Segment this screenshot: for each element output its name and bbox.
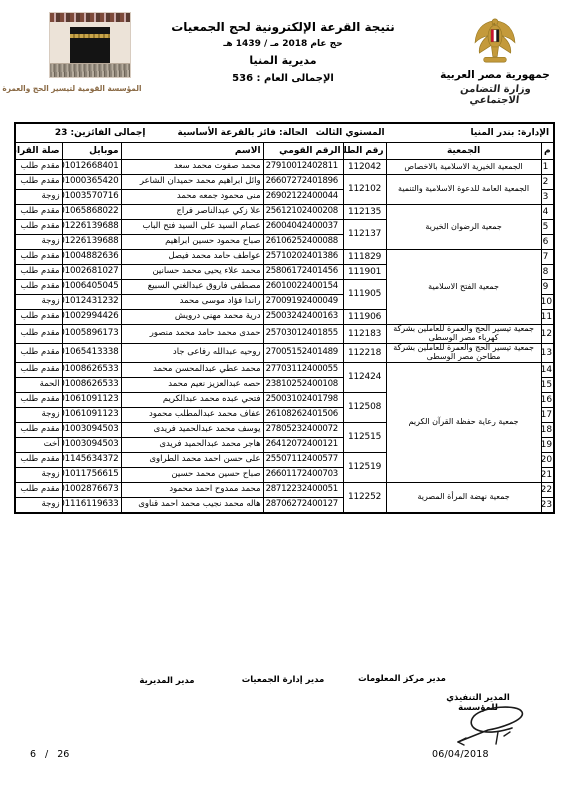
name-cell: درية محمد مهنى درويش [121,310,263,325]
relationship-cell: زوجة [15,235,62,250]
request-number-cell: 111901 [343,265,386,280]
row-number-cell: 14 [541,362,554,377]
relationship-cell: الحمة [15,377,62,392]
row-number-cell: 17 [541,407,554,422]
request-number-cell: 112137 [343,220,386,250]
table-header-row: م الجمعية رقم الطلب الرقم القومي الاسم م… [15,143,554,160]
table-row: 4جمعية الرضوان الخيرية112135256121024002… [15,205,554,220]
request-number-cell: 112135 [343,205,386,220]
column-header-national-id: الرقم القومي [263,143,343,160]
association-cell: جمعية رعاية حفظة القرآن الكريم [386,362,541,482]
ministry-name: وزارة التضامن الاجتماعي [439,84,551,106]
national-id-cell: 27805232400072 [263,422,343,437]
row-number-cell: 18 [541,422,554,437]
relationship-cell: زوجة [15,190,62,205]
name-cell: راندا فؤاد موسى محمد [121,295,263,310]
name-cell: هاجر محمد عبدالحميد فريدى [121,437,263,452]
national-id-cell: 25806172401456 [263,265,343,280]
directorate-title: مديرية المنيا [150,54,416,67]
mobile-cell: 01002681027 [62,265,121,280]
column-header-mobile: موبايل [62,143,121,160]
request-number-cell: 112519 [343,452,386,482]
national-id-cell: 27009192400049 [263,295,343,310]
column-header-request: رقم الطلب [343,143,386,160]
administration-label: الإدارة: بندر المنيا [471,128,550,138]
status-label: الحالة: فائز بالقرعة الأساسية [178,128,308,138]
mobile-cell: 01008626533 [62,362,121,377]
column-header-number: م [541,143,554,160]
association-cell: الجمعية الخيرية الاسلامية بالاخصاص [386,160,541,175]
name-cell: يوسف محمد عبدالحميد فريدى [121,422,263,437]
relationship-cell: زوجة [15,497,62,513]
pilgrims-crowd [50,64,130,77]
kaaba-cube [70,27,110,63]
name-cell: على حسن احمد محمد الطراوى [121,452,263,467]
mobile-cell: 01012431232 [62,295,121,310]
mobile-cell: 01061091123 [62,407,121,422]
row-number-cell: 20 [541,452,554,467]
report-date: 06/04/2018 [432,749,489,760]
national-id-cell: 23810252400108 [263,377,343,392]
relationship-cell: مقدم طلب [15,205,62,220]
mobile-cell: 01065868022 [62,205,121,220]
page-title: نتيجة القرعة الإلكترونية لحج الجمعيات [150,20,416,34]
relationship-cell: مقدم طلب [15,422,62,437]
row-number-cell: 8 [541,265,554,280]
mobile-cell: 01006405045 [62,280,121,295]
row-number-cell: 2 [541,175,554,190]
relationship-cell: مقدم طلب [15,220,62,235]
relationship-cell: مقدم طلب [15,250,62,265]
table-row: 7جمعية الفتح الاسلامية111829257102024013… [15,250,554,265]
relationship-cell: مقدم طلب [15,343,62,362]
table-row: 14جمعية رعاية حفظة القرآن الكريم11242427… [15,362,554,377]
national-id-cell: 27703112400055 [263,362,343,377]
page-separator: / [45,749,48,760]
row-number-cell: 1 [541,160,554,175]
column-header-association: الجمعية [386,143,541,160]
relationship-cell: مقدم طلب [15,392,62,407]
national-id-cell: 27910012402811 [263,160,343,175]
row-number-cell: 23 [541,497,554,513]
mobile-cell: 01011756615 [62,467,121,482]
mosque-wall-strip [50,13,130,22]
relationship-cell: مقدم طلب [15,160,62,175]
relationship-cell: زوجة [15,407,62,422]
table-row: 2الجمعية العامة للدعوة الاسلامية والتنمي… [15,175,554,190]
relationship-cell: مقدم طلب [15,452,62,467]
request-number-cell: 112183 [343,325,386,344]
association-cell: جمعية الرضوان الخيرية [386,205,541,250]
request-number-cell: 112042 [343,160,386,175]
page-total: 26 [57,749,69,760]
row-number-cell: 4 [541,205,554,220]
relationship-cell: أخت [15,437,62,452]
name-cell: صباح حسين محمد حسين [121,467,263,482]
national-id-cell: 26412072400121 [263,437,343,452]
row-number-cell: 5 [541,220,554,235]
name-cell: مصطفى فاروق عبدالغني السبيع [121,280,263,295]
relationship-cell: مقدم طلب [15,265,62,280]
row-number-cell: 9 [541,280,554,295]
name-cell: محمد عطي عبدالمحسن محمد [121,362,263,377]
signature-label-directorate-manager: مدير المديرية [128,676,206,686]
column-header-relationship: صلة القرابه [15,143,62,160]
page-current: 6 [30,749,36,760]
grand-total: الإجمالى العام : 536 [150,73,416,84]
request-number-cell: 112508 [343,392,386,422]
request-number-cell: 112218 [343,343,386,362]
row-number-cell: 11 [541,310,554,325]
signature-label-information-center-manager: مدير مركز المعلومات [352,674,452,684]
level-label: المستوي الثالث [316,128,385,138]
country-name: جمهورية مصر العربية [440,69,550,81]
relationship-cell: مقدم طلب [15,310,62,325]
relationship-cell: زوجة [15,295,62,310]
relationship-cell: مقدم طلب [15,175,62,190]
request-number-cell: 111829 [343,250,386,265]
mobile-cell: 01145634372 [62,452,121,467]
relationship-cell: زوجة [15,467,62,482]
association-cell: جمعية تيسير الحج والعمرة للعاملين بشركة … [386,343,541,362]
national-id-cell: 26601172400703 [263,467,343,482]
association-cell: جمعية نهضة المرأة المصرية [386,482,541,513]
national-id-cell: 25612102400208 [263,205,343,220]
national-id-cell: 25507112400577 [263,452,343,467]
signature-label-associations-manager: مدير إدارة الجمعيات [235,675,331,685]
row-number-cell: 21 [541,467,554,482]
name-cell: علا زكي عبدالناصر فراج [121,205,263,220]
name-cell: فتحي عبده محمد عبدالكريم [121,392,263,407]
results-table-body: 1الجمعية الخيرية الاسلامية بالاخصاص11204… [15,160,554,513]
document-page: { "header": { "title": "نتيجة القرعة الإ… [0,0,566,800]
mobile-cell: 01226139688 [62,235,121,250]
name-cell: محمد صفوت محمد سعد [121,160,263,175]
kaaba-gold-band [70,34,110,38]
handwritten-signature [452,702,532,752]
request-number-cell: 111906 [343,310,386,325]
lottery-results-table: الإدارة: بندر المنيا المستوي الثالث الحا… [14,122,555,514]
request-number-cell: 112515 [343,422,386,452]
table-info-row: الإدارة: بندر المنيا المستوي الثالث الحا… [15,123,554,143]
name-cell: هاله محمد نجيب محمد احمد قناوى [121,497,263,513]
request-number-cell: 111905 [343,280,386,310]
mobile-cell: 01226139688 [62,220,121,235]
mobile-cell: 01116119633 [62,497,121,513]
national-id-cell: 26108262401506 [263,407,343,422]
column-header-name: الاسم [121,143,263,160]
request-number-cell: 112102 [343,175,386,205]
relationship-cell: مقدم طلب [15,482,62,497]
national-id-cell: 25003242400163 [263,310,343,325]
national-id-cell: 26607272401896 [263,175,343,190]
mobile-cell: 01003094503 [62,437,121,452]
name-cell: حصه عبدالعزيز نعيم محمد [121,377,263,392]
association-cell: الجمعية العامة للدعوة الاسلامية والتنمية [386,175,541,205]
relationship-cell: مقدم طلب [15,325,62,344]
association-cell: جمعية الفتح الاسلامية [386,250,541,325]
mobile-cell: 01002994426 [62,310,121,325]
row-number-cell: 19 [541,437,554,452]
row-number-cell: 3 [541,190,554,205]
hajj-year-subtitle: حج عام 2018 مـ / 1439 هـ [150,39,416,49]
row-number-cell: 12 [541,325,554,344]
name-cell: صباح محمود حسين ابراهيم [121,235,263,250]
name-cell: محمد علاء يحيى محمد حسانين [121,265,263,280]
table-row: 12جمعية تيسير الحج والعمرة للعاملين بشرك… [15,325,554,344]
name-cell: وائل ابراهيم محمد حميدان الشاعر [121,175,263,190]
header-titles: نتيجة القرعة الإلكترونية لحج الجمعيات حج… [150,20,416,84]
mobile-cell: 01012668401 [62,160,121,175]
name-cell: محمد ممدوح احمد محمود [121,482,263,497]
relationship-cell: مقدم طلب [15,362,62,377]
winners-total-label: إجمالى الفائزين: 23 [55,128,146,138]
national-id-cell: 28706272400127 [263,497,343,513]
national-id-cell: 25003102401798 [263,392,343,407]
request-number-cell: 112252 [343,482,386,513]
row-number-cell: 16 [541,392,554,407]
foundation-caption: المؤسسة القومية لتيسير الحج والعمرة [38,84,141,93]
state-emblem-block: جمهورية مصر العربية وزارة التضامن الاجتم… [440,14,550,106]
national-id-cell: 27005152401489 [263,343,343,362]
name-cell: حمدى محمد حامد محمد منصور [121,325,263,344]
association-cell: جمعية تيسير الحج والعمرة للعاملين بشركة … [386,325,541,344]
mobile-cell: 01003094503 [62,422,121,437]
mobile-cell: 01005896173 [62,325,121,344]
page-indicator: 6 / 26 [30,749,69,760]
national-id-cell: 26106252400088 [263,235,343,250]
mobile-cell: 01008626533 [62,377,121,392]
national-id-cell: 26010022400154 [263,280,343,295]
name-cell: منى محمود جمعه محمد [121,190,263,205]
foundation-logo: المؤسسة القومية لتيسير الحج والعمرة [34,12,146,93]
table-row: 1الجمعية الخيرية الاسلامية بالاخصاص11204… [15,160,554,175]
request-number-cell: 112424 [343,362,386,392]
table-row: 13جمعية تيسير الحج والعمرة للعاملين بشرك… [15,343,554,362]
row-number-cell: 10 [541,295,554,310]
mobile-cell: 01061091123 [62,392,121,407]
national-id-cell: 25703012401855 [263,325,343,344]
table-row: 22جمعية نهضة المرأة المصرية1122522871223… [15,482,554,497]
row-number-cell: 13 [541,343,554,362]
row-number-cell: 7 [541,250,554,265]
row-number-cell: 22 [541,482,554,497]
name-cell: عواطف حامد محمد فيصل [121,250,263,265]
national-id-cell: 26902122400044 [263,190,343,205]
row-number-cell: 15 [541,377,554,392]
kaaba-photo [49,12,131,78]
name-cell: عفاف محمد عبدالمطلب محمود [121,407,263,422]
mobile-cell: 01065413338 [62,343,121,362]
national-id-cell: 25710202401386 [263,250,343,265]
name-cell: روحيه عبدالله رفاعى جاد [121,343,263,362]
mobile-cell: 01004882636 [62,250,121,265]
national-id-cell: 26004042400037 [263,220,343,235]
mobile-cell: 01000365420 [62,175,121,190]
relationship-cell: مقدم طلب [15,280,62,295]
name-cell: عصام السيد على السيد فتح الباب [121,220,263,235]
national-id-cell: 28712232400051 [263,482,343,497]
mobile-cell: 01002876673 [62,482,121,497]
mobile-cell: 01003570716 [62,190,121,205]
row-number-cell: 6 [541,235,554,250]
egypt-eagle-icon [469,14,521,66]
